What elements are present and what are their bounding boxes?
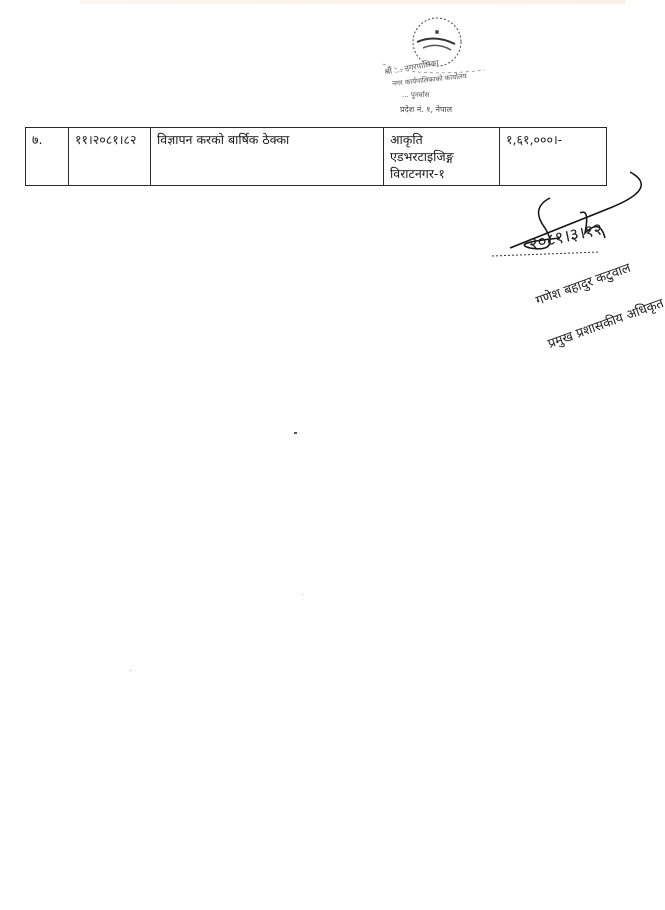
scan-speck — [130, 670, 131, 671]
contractor-line: विराटनगर-१ — [390, 165, 493, 182]
contractor-cell: आकृति एडभरटाइजिङ्ग विराटनगर-१ — [384, 128, 500, 186]
reference-number-cell: ११।२०८१।८२ — [69, 128, 151, 186]
contractor-line: एडभरटाइजिङ्ग — [390, 148, 493, 165]
serial-number-cell: ७. — [26, 128, 69, 186]
scan-speck — [294, 432, 297, 434]
page-top-edge — [80, 0, 625, 4]
seal-text-4: प्रदेश नं. १, नेपाल — [400, 104, 452, 115]
contractor-line: आकृति — [390, 131, 493, 148]
scan-speck — [302, 594, 303, 595]
description-cell: विज्ञापन करको बार्षिक ठेक्का — [151, 128, 384, 186]
seal-text-3: ... पुनर्वास — [402, 91, 429, 100]
